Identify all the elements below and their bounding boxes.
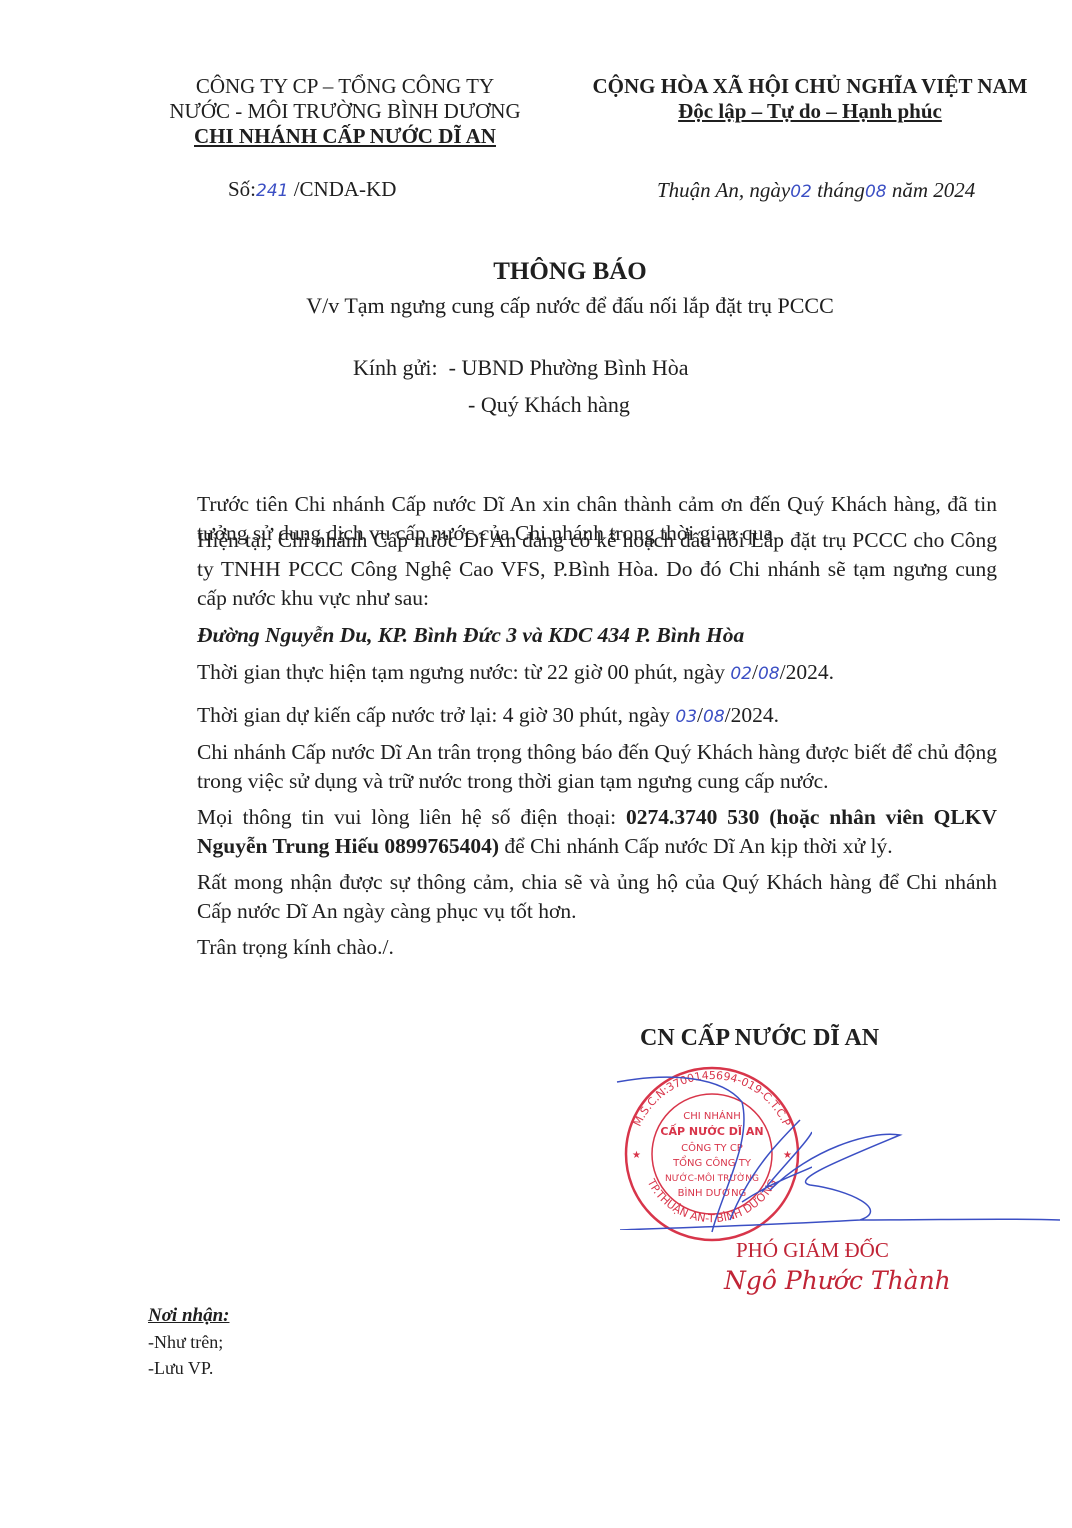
date-year: năm 2024 bbox=[887, 178, 976, 202]
document-date: Thuận An, ngày02 tháng08 năm 2024 bbox=[657, 178, 975, 203]
contact-text: Mọi thông tin vui lòng liên hệ số điện t… bbox=[197, 805, 626, 829]
stop-day: 02 bbox=[730, 664, 752, 684]
paragraph-contact: Mọi thông tin vui lòng liên hệ số điện t… bbox=[197, 803, 997, 861]
signature-stroke-icon bbox=[610, 1110, 1060, 1230]
signer-name: Ngô Phước Thành bbox=[724, 1266, 951, 1295]
stop-year: /2024. bbox=[780, 660, 834, 684]
distribution-item: -Lưu VP. bbox=[148, 1355, 229, 1381]
paragraph-plan: Hiện tại, Chi nhánh Cấp nước Dĩ An đang … bbox=[197, 526, 997, 613]
resume-time-text: Thời gian dự kiến cấp nước trở lại: 4 gi… bbox=[197, 703, 675, 727]
doc-number-handwritten: 241 bbox=[256, 181, 288, 201]
doc-number-suffix: /CNDA-KD bbox=[288, 177, 396, 201]
addressee-line2: - Quý Khách hàng bbox=[468, 392, 630, 418]
paragraph-notice: Chi nhánh Cấp nước Dĩ An trân trọng thôn… bbox=[197, 738, 997, 796]
national-header: CỘNG HÒA XÃ HỘI CHỦ NGHĨA VIỆT NAM Độc l… bbox=[570, 74, 1050, 124]
signer-title: PHÓ GIÁM ĐỐC bbox=[736, 1238, 889, 1263]
date-place: Thuận An, ngày bbox=[657, 178, 790, 202]
addressee-label: Kính gửi: bbox=[353, 355, 438, 380]
distribution-label: Nơi nhận: bbox=[148, 1303, 229, 1329]
resume-time: Thời gian dự kiến cấp nước trở lại: 4 gi… bbox=[197, 701, 997, 732]
contact-text-tail: để Chi nhánh Cấp nước Dĩ An kịp thời xử … bbox=[499, 834, 893, 858]
issuer-parent-line2: NƯỚC - MÔI TRƯỜNG BÌNH DƯƠNG bbox=[150, 99, 540, 124]
national-title: CỘNG HÒA XÃ HỘI CHỦ NGHĨA VIỆT NAM bbox=[570, 74, 1050, 99]
date-day: 02 bbox=[790, 182, 812, 202]
resume-year: /2024. bbox=[725, 703, 779, 727]
date-month-label: tháng bbox=[812, 178, 865, 202]
document-title: THÔNG BÁO bbox=[0, 258, 1072, 286]
addressee-line1: Kính gửi: - UBND Phường Bình Hòa bbox=[353, 355, 689, 381]
document-number: Số:241 /CNDA-KD bbox=[228, 177, 396, 202]
stop-time-text: Thời gian thực hiện tạm ngưng nước: từ 2… bbox=[197, 660, 730, 684]
issuer-parent-line1: CÔNG TY CP – TỔNG CÔNG TY bbox=[150, 74, 540, 99]
addressee-item: - UBND Phường Bình Hòa bbox=[449, 355, 689, 380]
affected-area: Đường Nguyễn Du, KP. Bình Đức 3 và KDC 4… bbox=[197, 621, 997, 650]
signer-organization: CN CẤP NƯỚC DĨ AN bbox=[640, 1025, 879, 1052]
issuer-branch: CHI NHÁNH CẤP NƯỚC DĨ AN bbox=[150, 124, 540, 149]
stop-month: 08 bbox=[758, 664, 780, 684]
distribution-item: -Như trên; bbox=[148, 1329, 229, 1355]
doc-number-prefix: Số: bbox=[228, 177, 256, 201]
paragraph-appreciation: Rất mong nhận được sự thông cảm, chia sẽ… bbox=[197, 868, 997, 926]
document-subject: V/v Tạm ngưng cung cấp nước để đấu nối l… bbox=[0, 293, 1072, 319]
national-motto: Độc lập – Tự do – Hạnh phúc bbox=[570, 99, 1050, 124]
stop-time: Thời gian thực hiện tạm ngưng nước: từ 2… bbox=[197, 658, 997, 689]
closing: Trân trọng kính chào./. bbox=[197, 933, 997, 962]
paragraph-text: Hiện tại, Chi nhánh Cấp nước Dĩ An đang … bbox=[197, 526, 997, 613]
resume-month: 08 bbox=[703, 707, 725, 727]
resume-day: 03 bbox=[675, 707, 697, 727]
issuer-header: CÔNG TY CP – TỔNG CÔNG TY NƯỚC - MÔI TRƯ… bbox=[150, 74, 540, 149]
distribution-list: Nơi nhận: -Như trên; -Lưu VP. bbox=[148, 1303, 229, 1381]
date-month: 08 bbox=[865, 182, 887, 202]
